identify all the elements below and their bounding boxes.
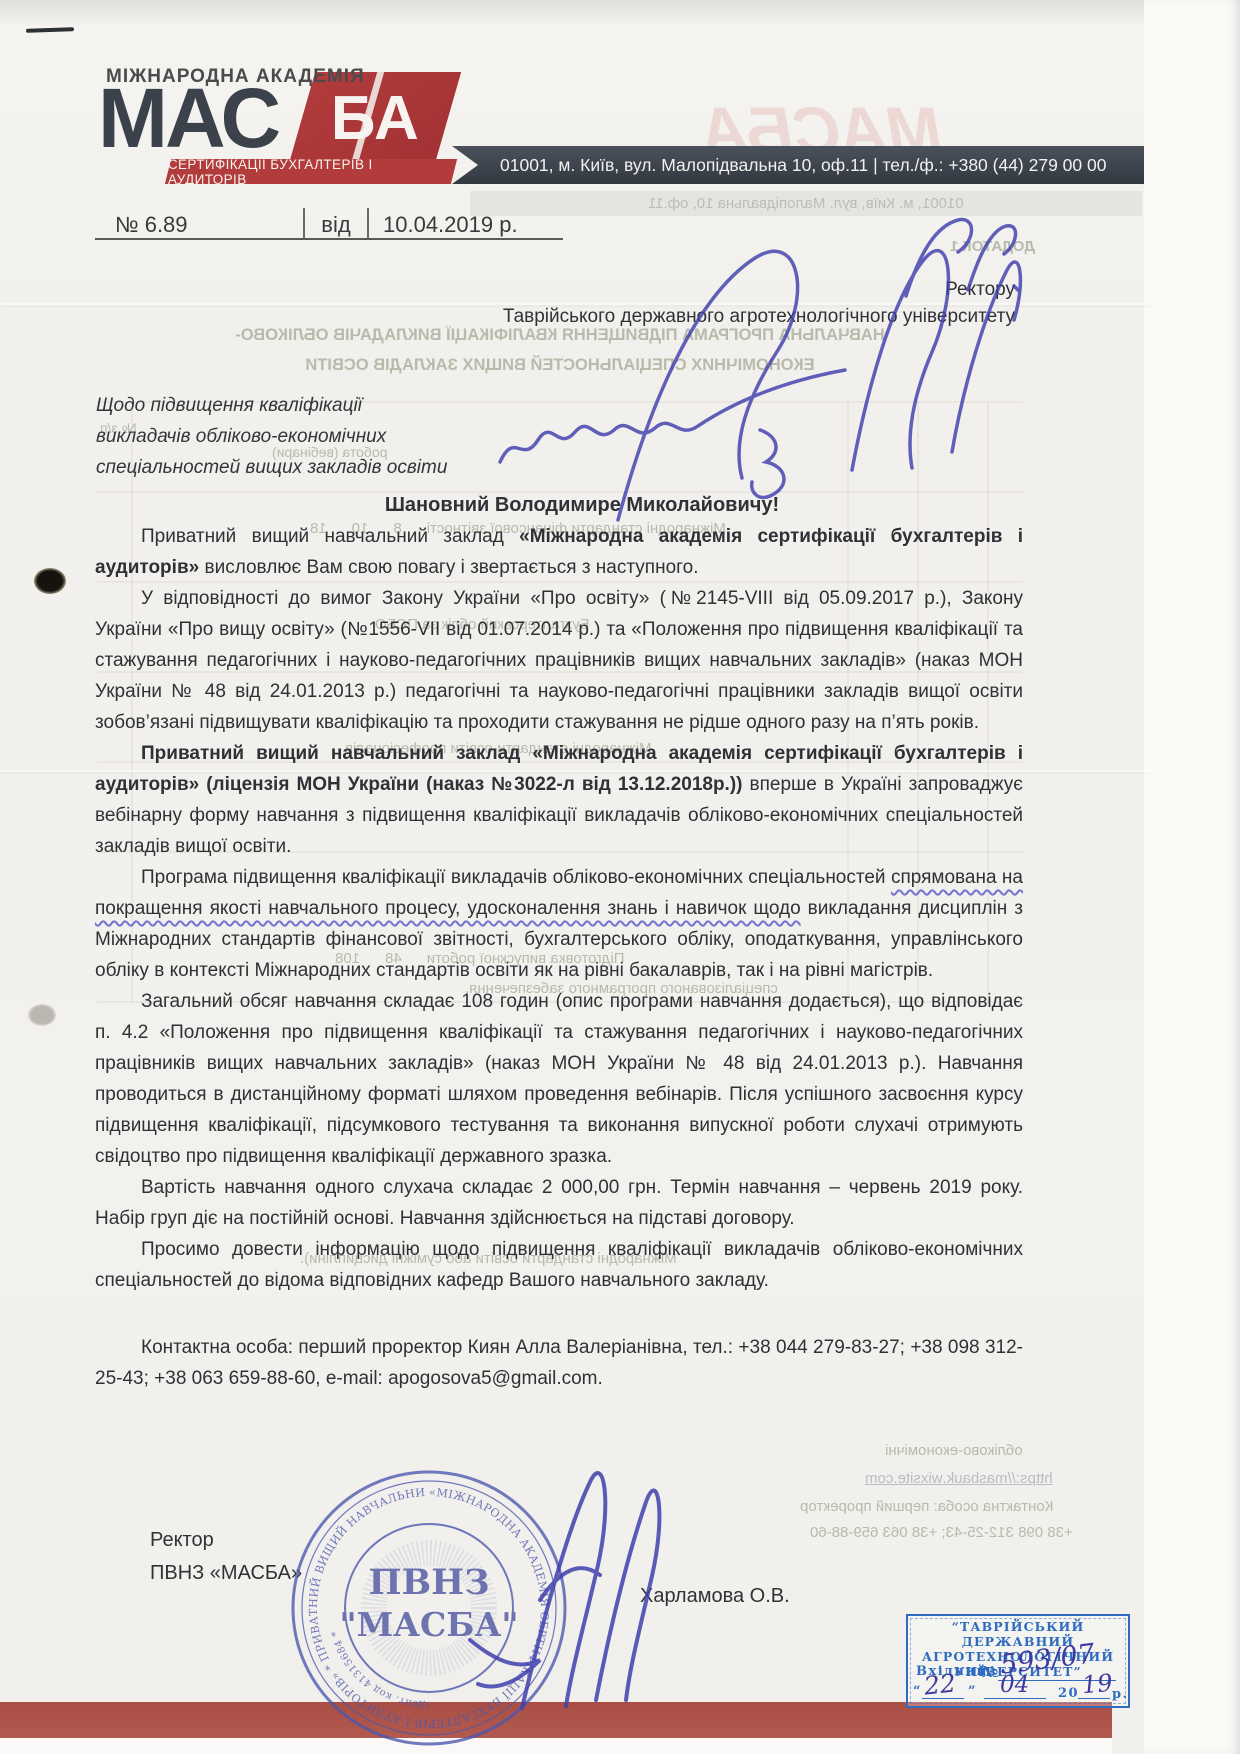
bleedthrough-band: 01001, м. Київ, вул. Малопідвальна 10, о… [470,191,1142,216]
letter-date: 10.04.2019 р. [369,212,518,238]
bleedthrough-text: ЕКОНОМІЧНИХ СПЕЦІАЛЬНОСТЕЙ ВИЩИХ ЗАКЛАДІ… [95,356,1025,375]
seal-ring-inner-text: ідент. код 41315684 * [330,1629,429,1710]
hole-punch [34,568,66,594]
signer-name: Харламова О.В. [640,1585,790,1608]
addressee-org: Таврійського державного агротехнологічно… [455,303,1015,330]
handwritten-year: 19 [1081,1669,1114,1700]
staple-mark [26,27,74,33]
stamp-year-suffix: р. [1112,1687,1129,1702]
svg-text:«МІЖНАРОДНА АКАДЕМІЯ СЕРТИФІКА: «МІЖНАРОДНА АКАДЕМІЯ СЕРТИФІКАЦІЇ БУХГАЛ… [283,1462,551,1730]
svg-text:ідент. код 41315684 *: ідент. код 41315684 * [330,1629,429,1710]
seal-center-line1: ПВНЗ [369,1562,490,1603]
vid-label: від [305,212,367,238]
seal-ring-text: «МІЖНАРОДНА АКАДЕМІЯ СЕРТИФІКАЦІЇ БУХГАЛ… [283,1462,551,1730]
contact-paragraph: Контактна особа: перший проректор Киян А… [95,1332,1023,1394]
subject-block: Щодо підвищення кваліфікації викладачів … [96,390,466,483]
scan-bottom-edge [0,1738,1112,1754]
logo-tagline-text: СЕРТИФІКАЦІЇ БУХГАЛТЕРІВ І АУДИТОРІВ [168,157,454,187]
address-text: 01001, м. Київ, вул. Малопідвальна 10, о… [500,155,1106,176]
stamp-quote: “ [913,1684,922,1699]
signer-title: Ректор ПВНЗ «МАСБА» [150,1524,302,1590]
bleedthrough-text: Контактна особа: перший проректор [800,1498,1053,1515]
signer-title-line: ПВНЗ «МАСБА» [150,1557,302,1590]
paragraph-6: Вартість навчання одного слухача складає… [95,1172,1023,1234]
bleedthrough-text: +38 098 312-25-43; +38 063 659-88-60 [810,1524,1073,1541]
handwritten-day: 22 [923,1668,958,1700]
text: висловлює Вам свою повагу і звертається … [199,557,698,578]
scanned-letter-page: МАСБА 01001, м. Київ, вул. Малопідвальна… [0,0,1240,1754]
paragraph-7: Просимо довести інформацію щодо підвищен… [95,1234,1023,1296]
text: Програма підвищення кваліфікації виклада… [141,867,891,888]
masba-logo-text: МАС [98,76,278,160]
subject-line: спеціальностей вищих закладів освіти [96,452,466,483]
subject-line: викладачів обліково-економічних [96,421,466,452]
rector-signature [470,1473,659,1708]
addressee-title: Ректору [455,276,1015,303]
address-banner: 01001, м. Київ, вул. Малопідвальна 10, о… [452,146,1144,184]
stamp-quote: ” [968,1684,977,1699]
reference-row: № 6.89 від 10.04.2019 р. [95,204,563,240]
bleedthrough-text: ДОДАТОК 1 [950,238,1035,255]
paragraph-5: Загальний обсяг навчання складає 108 год… [95,986,1023,1172]
paragraph-4: Програма підвищення кваліфікації виклада… [95,862,1023,986]
subject-line: Щодо підвищення кваліфікації [96,390,466,421]
stamp-year-prefix: 20 [1058,1686,1079,1701]
bleedthrough-text: обліково-економічні [885,1442,1023,1459]
paragraph-3: Приватний вищий навчальний заклад «Міжна… [95,738,1023,862]
scan-edge [1144,0,1240,1754]
text: Приватний вищий навчальний заклад [141,526,519,547]
paragraph-1: Приватний вищий навчальний заклад «Міжна… [95,521,1023,583]
hole-punch [28,1004,56,1026]
signer-title-line: Ректор [150,1524,302,1557]
logo-tagline-banner: СЕРТИФІКАЦІЇ БУХГАЛТЕРІВ І АУДИТОРІВ [165,159,457,184]
salutation: Шановний Володимире Миколайовичу! [95,490,1023,521]
addressee-block: Ректору Таврійського державного агротехн… [455,276,1015,330]
seal-center-line2: "МАСБА" [339,1605,518,1644]
university-receipt-stamp: “ТАВРІЙСЬКИЙ ДЕРЖАВНИЙ АГРОТЕХНОЛОГІЧНИЙ… [906,1614,1130,1708]
letter-body: Шановний Володимире Миколайовичу! Приват… [95,490,1023,1394]
bleedthrough-text: https://masbauk.wixsite.com [865,1470,1053,1487]
stamp-org-line: “ТАВРІЙСЬКИЙ ДЕРЖАВНИЙ [908,1619,1128,1649]
paragraph-2: У відповідності до вимог Закону України … [95,583,1023,738]
handwritten-month: 04 [1000,1672,1029,1698]
masba-logo-ba-text: БА [331,83,420,154]
bleedthrough-text: 01001, м. Київ, вул. Малопідвальна 10, о… [648,195,964,212]
outgoing-number: № 6.89 [95,212,303,238]
